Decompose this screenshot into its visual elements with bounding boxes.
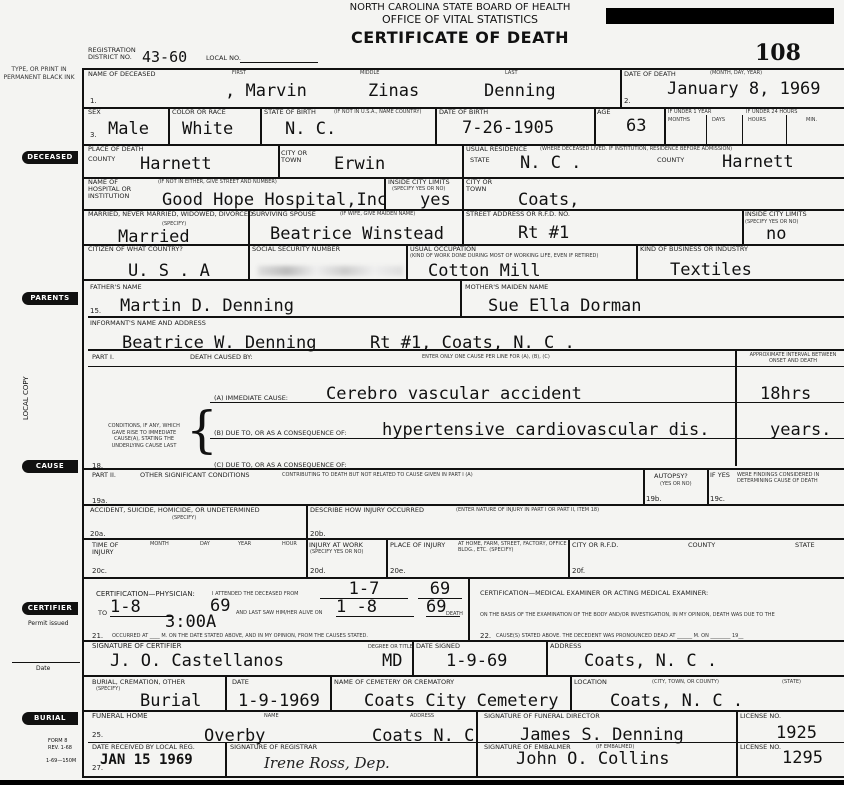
industry-label: KIND OF BUSINESS OR INDUSTRY: [640, 246, 748, 253]
sex-label: SEX: [88, 109, 101, 116]
fh-name-label: NAME: [264, 713, 279, 719]
address-label: ADDRESS: [550, 643, 581, 650]
divider: [260, 107, 262, 145]
divider: [594, 107, 596, 145]
burial-date-label: DATE: [232, 679, 249, 686]
year-label: YEAR: [238, 541, 251, 547]
injury-state-label: STATE: [795, 542, 815, 549]
section-tag-burial: BURIAL: [22, 712, 78, 725]
residence-hint: (WHERE DECEASED LIVED. IF INSTITUTION, R…: [540, 146, 732, 152]
mother-name: Sue Ella Dorman: [488, 297, 642, 315]
ssn-redacted: [258, 266, 403, 276]
if-yes-label: IF YES: [710, 472, 730, 479]
dob-label: DATE OF BIRTH: [439, 109, 488, 116]
time-of-death: 3:00A: [165, 613, 216, 631]
residence-label: USUAL RESIDENCE: [466, 146, 527, 153]
occupation: Cotton Mill: [428, 262, 541, 280]
burial-method-hint: (SPECIFY): [96, 686, 120, 692]
medical-examiner-label: CERTIFICATION—MEDICAL EXAMINER OR ACTING…: [480, 590, 708, 597]
death-label: DEATH: [446, 611, 463, 617]
sex-value: Male: [108, 120, 149, 138]
findings-label: WERE FINDINGS CONSIDERED IN DETERMINING …: [737, 472, 842, 484]
enter-one-cause: ENTER ONLY ONE CAUSE PER LINE FOR (a), (…: [422, 354, 550, 360]
date-signed: 1-9-69: [446, 652, 507, 670]
hospital-hint: (IF NOT IN EITHER, GIVE STREET AND NUMBE…: [158, 179, 277, 185]
accident-hint: (SPECIFY): [172, 515, 196, 521]
divider: [570, 675, 572, 711]
spouse-name: Beatrice Winstead: [270, 225, 444, 243]
last-label: LAST: [505, 70, 518, 76]
row-divider: [88, 349, 844, 351]
divider: [664, 107, 666, 145]
director-license: 1925: [776, 724, 817, 742]
divider: [435, 107, 437, 145]
burial-location: Coats, N. C .: [610, 692, 743, 710]
date-signed-label: DATE SIGNED: [416, 643, 460, 650]
describe-injury-hint: (ENTER NATURE OF INJURY IN PART I OR PAR…: [456, 507, 599, 513]
deceased-first-name: , Marvin: [225, 82, 307, 100]
county-label: COUNTY: [88, 156, 115, 163]
frame-bottom: [82, 776, 844, 778]
divider: [742, 115, 743, 145]
conditions-label: CONDITIONS, IF ANY, WHICH GAVE RISE TO I…: [108, 423, 180, 449]
divider: [736, 710, 738, 778]
divider: [462, 144, 464, 178]
received-label: DATE RECEIVED BY LOCAL REG.: [92, 744, 195, 751]
registrar-signature: Irene Ross, Dep.: [264, 754, 390, 772]
redacted-bar: [606, 8, 834, 24]
field-number: 19b.: [646, 495, 662, 503]
res-city: Coats,: [518, 191, 579, 209]
citizen-label: CITIZEN OF WHAT COUNTRY?: [88, 246, 183, 253]
hour-label: HOUR: [282, 541, 297, 547]
divider: [643, 468, 645, 504]
divider: [384, 177, 386, 210]
day-label: DAY: [200, 541, 210, 547]
accident-label: ACCIDENT, SUICIDE, HOMICIDE, OR UNDETERM…: [90, 507, 260, 514]
marital-label: MARRIED, NEVER MARRIED, WIDOWED, DIVORCE…: [88, 211, 253, 218]
field-number: 27.: [92, 764, 103, 772]
embalmer-license-label: LICENSE NO.: [740, 744, 781, 751]
state-hint: (STATE): [782, 679, 801, 685]
date-of-death-label: DATE OF DEATH: [624, 71, 676, 78]
divider: [462, 177, 464, 210]
field-number: 1.: [90, 97, 97, 105]
street-label: STREET ADDRESS OR R.F.D. No.: [466, 211, 570, 218]
divider: [786, 115, 787, 145]
divider: [636, 244, 638, 280]
field-number: 3.: [90, 131, 97, 139]
ssn-label: SOCIAL SECURITY NUMBER: [252, 246, 340, 253]
degree-label: DEGREE OR TITLE: [368, 644, 413, 650]
res-county-label: COUNTY: [657, 157, 684, 164]
row-divider: [82, 279, 844, 281]
divider: [330, 675, 332, 711]
citizen-value: U. S . A: [128, 262, 210, 280]
row-divider: [88, 366, 844, 367]
local-copy-label: LOCAL COPY: [22, 376, 30, 420]
res-city-label: CITY OR TOWN: [466, 179, 496, 193]
burial-date: 1-9-1969: [238, 692, 320, 710]
informant-label: INFORMANT'S NAME AND ADDRESS: [90, 320, 206, 327]
time-injury-label: TIME OF INJURY: [92, 542, 132, 556]
age-label: AGE: [597, 109, 610, 116]
divider: [386, 538, 388, 578]
deceased-middle-name: Zinas: [368, 82, 419, 100]
immediate-cause: Cerebro vascular accident: [326, 385, 582, 403]
name-label: NAME OF DECEASED: [88, 71, 155, 78]
row-divider: [82, 577, 844, 579]
place-injury-hint: AT HOME, FARM, STREET, FACTORY, OFFICE B…: [458, 541, 568, 553]
first-label: FIRST: [232, 70, 246, 76]
fh-address-label: ADDRESS: [410, 713, 434, 719]
other-conditions-label: OTHER SIGNIFICANT CONDITIONS: [140, 472, 250, 479]
cemetery-name: Coats City Cemetery: [364, 692, 558, 710]
part-2-label: PART II.: [92, 472, 116, 479]
at-work-hint: (SPECIFY YES OR NO): [310, 549, 363, 555]
other-conditions-hint: CONTRIBUTING TO DEATH BUT NOT RELATED TO…: [282, 472, 473, 478]
res-inside-city-label: INSIDE CITY LIMITS: [745, 211, 807, 218]
death-city: Erwin: [334, 155, 385, 173]
divider: [468, 577, 470, 641]
deceased-last-name: Denning: [484, 82, 556, 100]
embalmer-license: 1295: [782, 749, 823, 767]
city-rfd-label: CITY OR R.F.D.: [572, 542, 618, 549]
divider: [168, 107, 170, 145]
frame-left: [82, 68, 84, 778]
autopsy-label: AUTOPSY?: [654, 473, 688, 480]
mother-label: MOTHER'S MAIDEN NAME: [465, 284, 548, 291]
race-label: COLOR OR RACE: [172, 109, 226, 116]
divider: [707, 468, 709, 504]
location-hint: (CITY, TOWN, OR COUNTY): [652, 679, 719, 685]
ink-instructions: TYPE, OR PRINT IN PERMANENT BLACK INK: [0, 66, 78, 82]
divider: [406, 244, 408, 280]
date-of-death: January 8, 1969: [667, 80, 821, 98]
field-number: 20c.: [92, 567, 107, 575]
local-no-line: [240, 62, 318, 63]
registrar-label: SIGNATURE OF REGISTRAR: [230, 744, 317, 751]
divider: [742, 209, 744, 245]
at-work-label: INJURY AT WORK: [309, 542, 363, 549]
industry: Textiles: [670, 261, 752, 279]
registration-district: 43-60: [142, 48, 187, 66]
location-label: LOCATION: [574, 679, 607, 686]
father-name: Martin D. Denning: [120, 297, 294, 315]
divider: [546, 640, 548, 676]
director-license-label: LICENSE NO.: [740, 713, 781, 720]
place-injury-label: PLACE OF INJURY: [390, 542, 445, 549]
field-number: 22.: [480, 632, 491, 640]
line-a: [210, 402, 844, 403]
interval-label: APPROXIMATE INTERVAL BETWEEN ONSET AND D…: [744, 352, 842, 364]
last-saw-label: AND LAST SAW HIM/HER ALIVE ON: [236, 610, 322, 616]
state-of-birth: N. C.: [285, 120, 336, 138]
attended-to: 1-8: [110, 598, 172, 617]
month-label: MONTH: [150, 541, 169, 547]
field-number: 25.: [92, 731, 103, 739]
hospital-name: Good Hope Hospital,Inc: [162, 191, 387, 209]
divider: [306, 504, 308, 539]
hospital-label: NAME OF HOSPITAL OR INSTITUTION: [88, 179, 143, 200]
autopsy-hint: (YES OR NO): [660, 481, 692, 487]
certifier-signature: J. O. Castellanos: [110, 652, 284, 670]
min-label: MIN.: [806, 117, 817, 123]
page-title: CERTIFICATE OF DEATH: [320, 28, 600, 47]
divider: [306, 538, 308, 578]
divider: [412, 640, 414, 676]
section-tag-deceased: DECEASED: [22, 151, 78, 164]
row-divider: [82, 675, 844, 677]
funeral-home-label: FUNERAL HOME: [92, 713, 148, 720]
form-print: 1-69—150M: [46, 758, 76, 764]
local-no-label: LOCAL NO.: [206, 55, 241, 62]
occupation-hint: (KIND OF WORK DONE DURING MOST OF WORKIN…: [410, 253, 640, 259]
permit-issued: Permit issued: [28, 620, 68, 627]
field-number: 19c.: [710, 495, 725, 503]
res-state: N. C .: [520, 154, 581, 172]
form-revision: REV. 1-68: [48, 745, 72, 751]
divider: [462, 209, 464, 245]
divider: [476, 710, 478, 778]
certifier-address: Coats, N. C .: [584, 652, 717, 670]
row-divider: [88, 742, 844, 743]
state-of-birth-label: STATE OF BIRTH: [264, 109, 316, 116]
months-label: MONTHS: [668, 117, 690, 123]
death-county: Harnett: [140, 155, 212, 173]
date-line: [12, 662, 80, 663]
section-tag-cause: CAUSE: [22, 460, 78, 473]
inside-city-label: INSIDE CITY LIMITS: [388, 179, 450, 186]
field-number: 20d.: [310, 567, 326, 575]
occurred-label: OCCURRED AT ____ M. ON THE DATE STATED A…: [112, 633, 464, 639]
middle-label: MIDDLE: [360, 70, 379, 76]
describe-injury-label: DESCRIBE HOW INJURY OCCURRED: [310, 507, 424, 514]
under-1-year: IF UNDER 1 YEAR: [668, 109, 711, 115]
part-1-label: PART I.: [92, 354, 114, 361]
row-divider: [82, 710, 844, 712]
me-text-2: CAUSE(S) STATED ABOVE. THE DECEDENT WAS …: [496, 633, 840, 639]
burial-method-label: BURIAL, CREMATION, OTHER: [92, 679, 185, 686]
hours-label: HOURS: [748, 117, 766, 123]
row-divider: [82, 468, 844, 470]
occupation-label: USUAL OCCUPATION: [410, 246, 476, 253]
cemetery-label: NAME OF CEMETERY OR CREMATORY: [334, 679, 454, 686]
under-24-hours: IF UNDER 24 HOURS: [746, 109, 797, 115]
director-label: SIGNATURE OF FUNERAL DIRECTOR: [484, 713, 600, 720]
field-number: 21.: [92, 632, 103, 640]
inside-city-value: yes: [420, 191, 451, 209]
signature-certifier-label: SIGNATURE OF CERTIFIER: [92, 643, 181, 650]
last-saw-date: 1 -8: [336, 598, 414, 617]
spouse-hint: (IF WIFE, GIVE MAIDEN NAME): [340, 211, 415, 217]
divider: [225, 742, 227, 778]
burial-method: Burial: [140, 692, 201, 710]
immediate-cause-label: (a) IMMEDIATE CAUSE:: [214, 395, 288, 402]
line-b: [210, 438, 844, 439]
death-caused-label: DEATH CAUSED BY:: [190, 354, 252, 361]
degree-value: MD: [382, 652, 402, 670]
divider: [248, 244, 250, 280]
me-text: ON THE BASIS OF THE EXAMINATION OF THE B…: [480, 612, 840, 618]
immediate-interval: 18hrs: [760, 385, 811, 403]
res-inside-city-value: no: [766, 225, 786, 243]
divider: [248, 209, 250, 245]
place-of-death-label: PLACE OF DEATH: [88, 146, 144, 153]
embalmer-name: John O. Collins: [516, 750, 670, 768]
section-tag-certifier: CERTIFIER: [22, 602, 78, 615]
city-label: CITY OR TOWN: [281, 150, 309, 164]
section-tag-parents: PARENTS: [22, 292, 78, 305]
field-number: 20b.: [310, 530, 326, 538]
divider: [278, 144, 280, 178]
certificate-number: 108: [755, 40, 801, 66]
divider: [225, 675, 227, 711]
date-received-stamp: JAN 15 1969: [100, 751, 193, 769]
race-value: White: [182, 120, 233, 138]
due-to-b-label: (b) DUE TO, OR AS A CONSEQUENCE OF:: [214, 430, 346, 437]
street-address: Rt #1: [518, 224, 569, 242]
field-number: 20e.: [390, 567, 405, 575]
res-county: Harnett: [722, 153, 794, 171]
divider: [568, 538, 570, 578]
divider: [460, 279, 462, 317]
field-number: 2.: [624, 97, 631, 105]
redacted-bottom: [610, 780, 844, 785]
divider: [706, 115, 707, 145]
field-number: 20a.: [90, 530, 105, 538]
age-value: 63: [626, 117, 646, 135]
due-to-b-interval: years.: [770, 421, 831, 439]
res-state-label: STATE: [470, 157, 490, 164]
due-to-b: hypertensive cardiovascular dis.: [382, 421, 710, 439]
form-number: FORM 8: [48, 738, 67, 744]
father-label: FATHER'S NAME: [90, 284, 142, 291]
agency-line-1: NORTH CAROLINA STATE BOARD OF HEALTH: [330, 2, 590, 13]
row-divider: [88, 316, 844, 318]
row-divider: [82, 640, 844, 642]
days-label: DAYS: [712, 117, 725, 123]
to-label: TO: [98, 610, 107, 617]
date-of-death-hint: (MONTH, DAY, YEAR): [710, 70, 762, 76]
divider: [620, 68, 622, 108]
field-number: 15.: [90, 307, 101, 315]
row-divider: [82, 538, 844, 540]
injury-county-label: COUNTY: [688, 542, 715, 549]
dob-value: 7-26-1905: [462, 119, 554, 137]
spouse-label: SURVIVING SPOUSE: [252, 211, 316, 218]
state-of-birth-hint: (IF NOT IN U.S.A., NAME COUNTRY): [334, 109, 421, 115]
date-label: Date: [36, 665, 50, 672]
registration-label: REGISTRATION DISTRICT NO.: [88, 47, 148, 61]
agency-line-2: OFFICE OF VITAL STATISTICS: [330, 14, 590, 26]
field-number: 20f.: [572, 567, 585, 575]
